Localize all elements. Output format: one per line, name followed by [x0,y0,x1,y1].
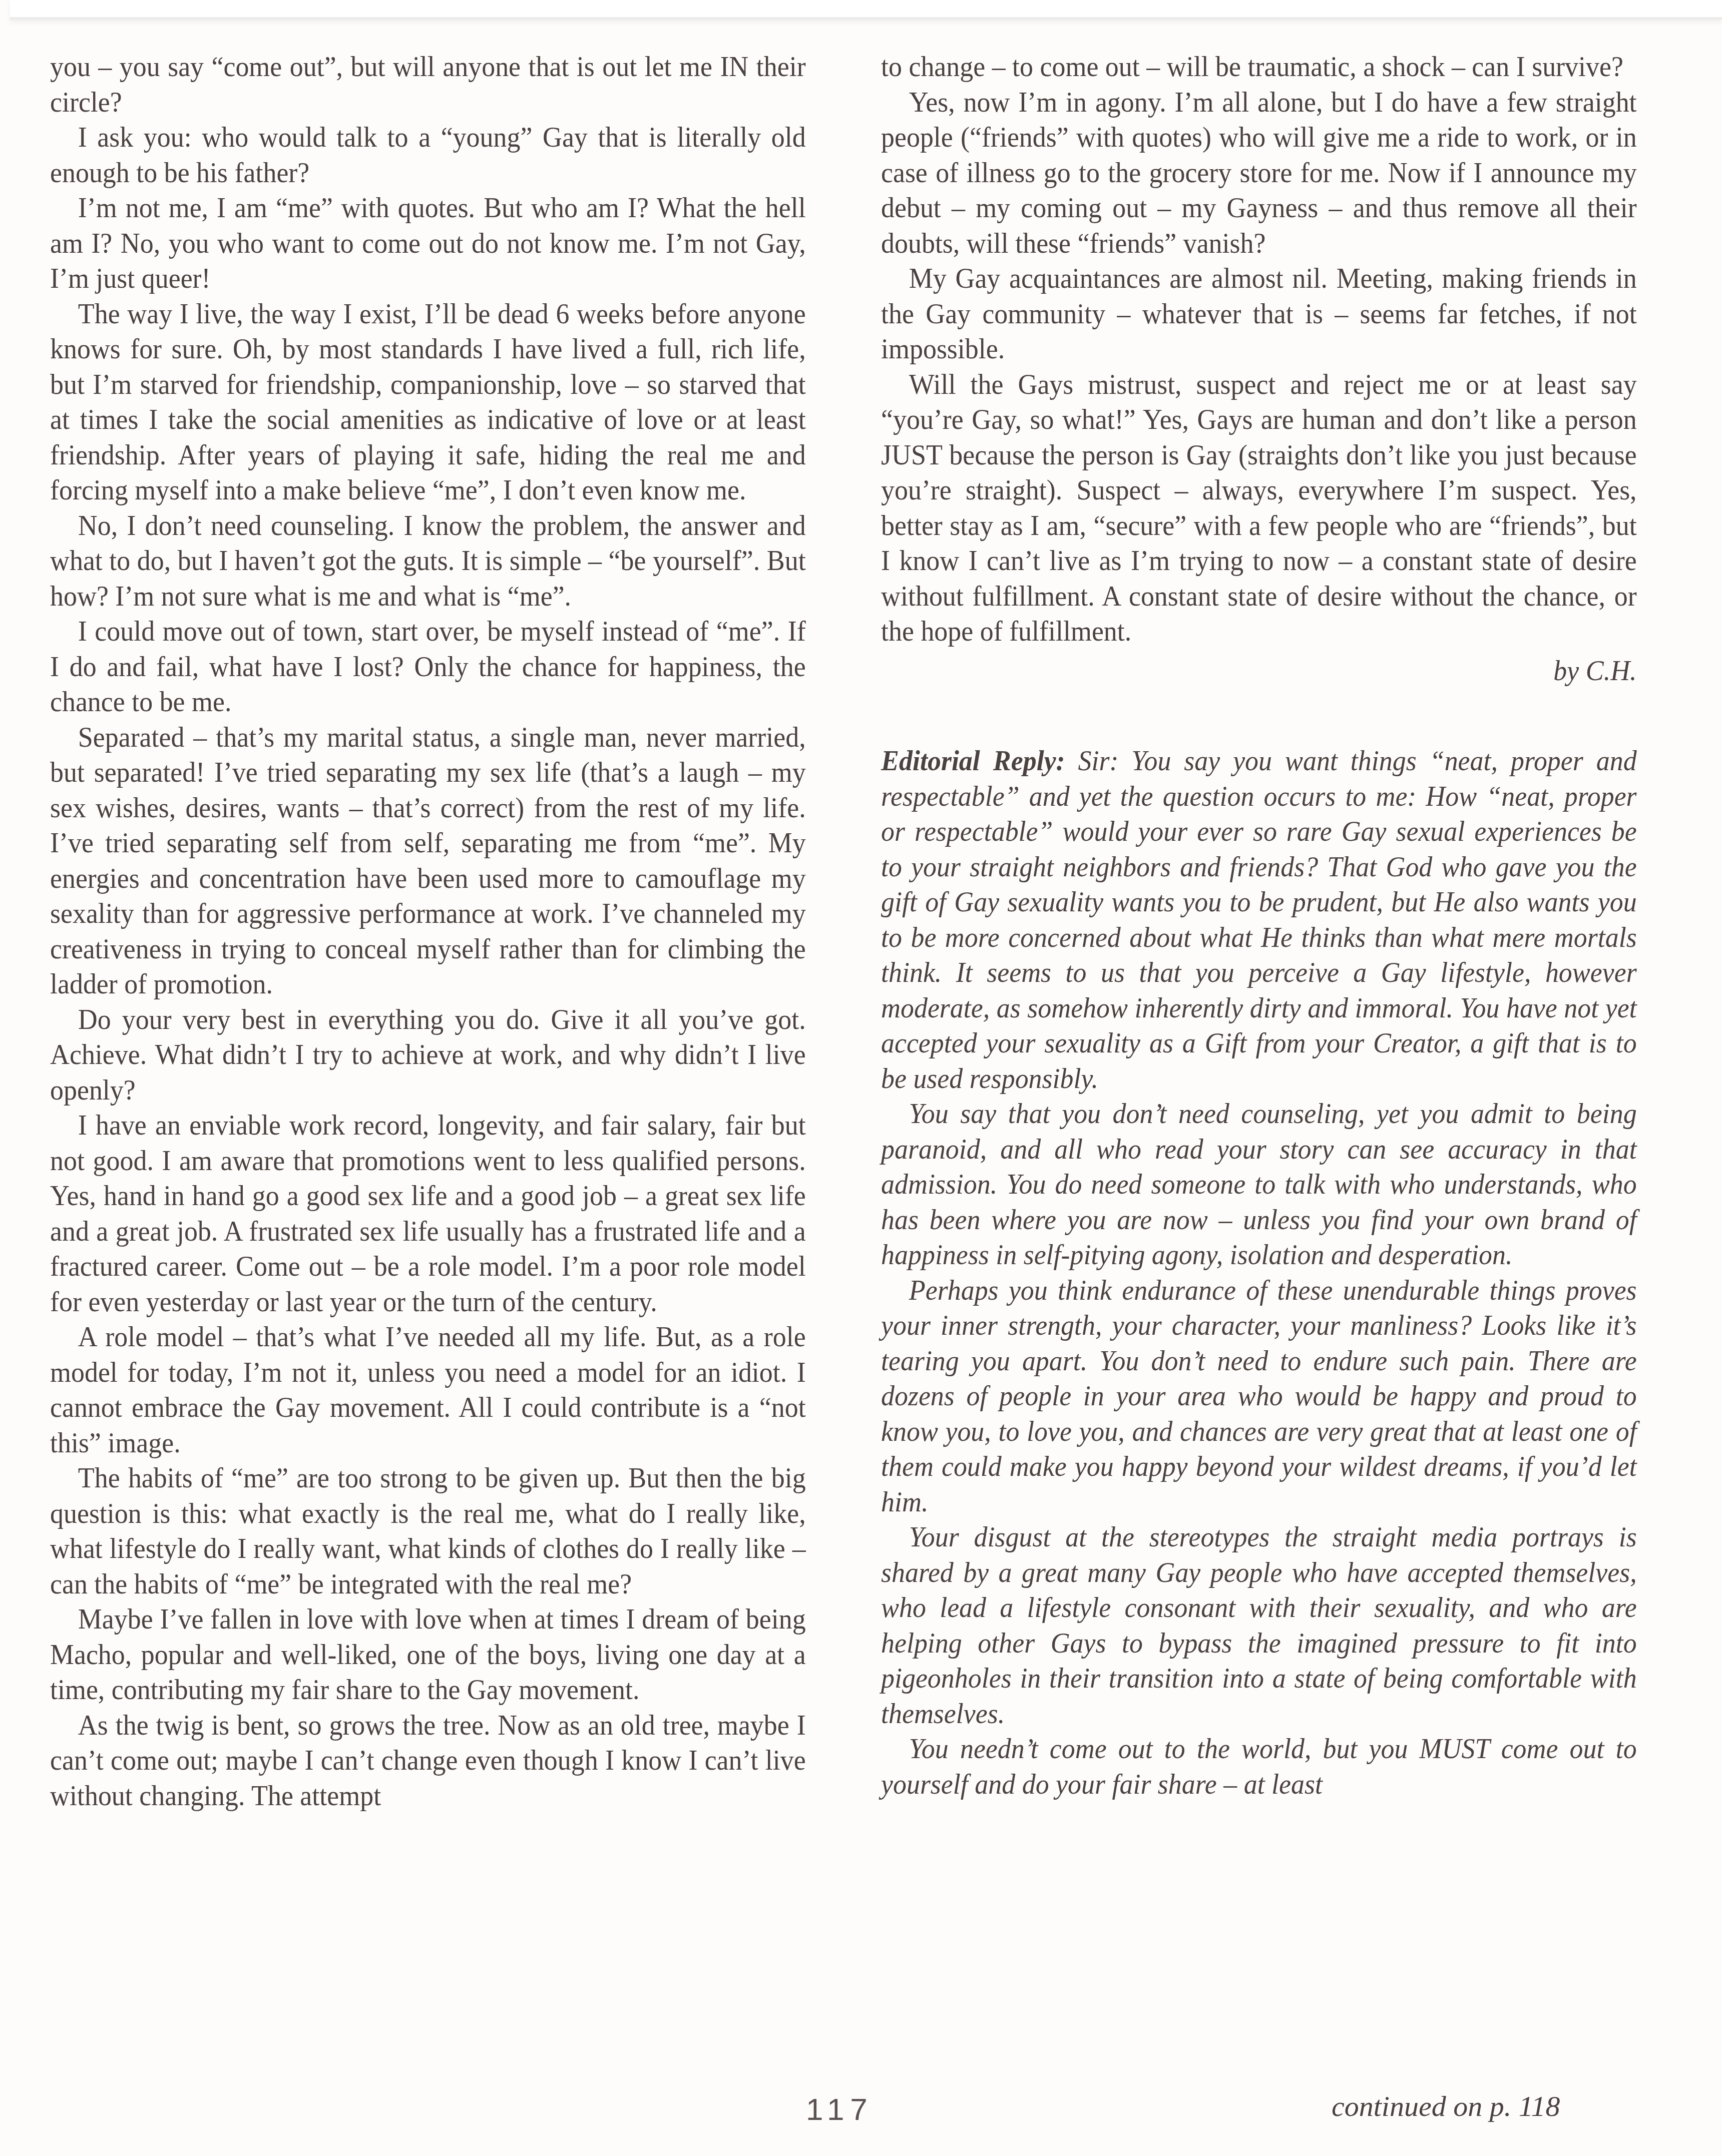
letter-paragraph: I have an enviable work record, longevit… [50,1108,806,1319]
letter-paragraph: The way I live, the way I exist, I’ll be… [50,296,806,508]
letter-paragraph: Will the Gays mistrust, suspect and reje… [881,367,1637,649]
continued-note: continued on p. 118 [1332,2089,1560,2123]
left-column: you – you say “come out”, but will anyon… [50,49,806,1813]
letter-paragraph: Yes, now I’m in agony. I’m all alone, bu… [881,85,1637,261]
letter-byline: by C.H. [881,653,1637,689]
letter-paragraph: to change – to come out – will be trauma… [881,49,1637,85]
right-column: to change – to come out – will be trauma… [881,49,1637,1802]
letter-paragraph: I ask you: who would talk to a “young” G… [50,120,806,190]
editorial-reply-text: Sir: You say you want things “neat, prop… [881,744,1637,1095]
letter-paragraph: you – you say “come out”, but will anyon… [50,49,806,120]
letter-paragraph: I’m not me, I am “me” with quotes. But w… [50,190,806,296]
letter-paragraph: Do your very best in everything you do. … [50,1002,806,1108]
page-top-edge [10,0,1722,20]
page-number: 117 [806,2092,874,2127]
letter-paragraph: The habits of “me” are too strong to be … [50,1460,806,1601]
letter-paragraph: Maybe I’ve fallen in love with love when… [50,1601,806,1708]
letter-paragraph: A role model – that’s what I’ve needed a… [50,1319,806,1460]
editorial-reply-paragraph: Editorial Reply: Sir: You say you want t… [881,743,1637,1096]
letter-paragraph: Separated – that’s my marital status, a … [50,720,806,1002]
letter-paragraph: As the twig is bent, so grows the tree. … [50,1708,806,1814]
editorial-reply-paragraph: You needn’t come out to the world, but y… [881,1731,1637,1802]
editorial-reply-paragraph: Perhaps you think endurance of these une… [881,1273,1637,1520]
editorial-reply-paragraph: You say that you don’t need counseling, … [881,1096,1637,1273]
editorial-reply-label: Editorial Reply: [881,744,1065,777]
editorial-reply-paragraph: Your disgust at the stereotypes the stra… [881,1519,1637,1731]
letter-paragraph: I could move out of town, start over, be… [50,614,806,720]
letter-paragraph: My Gay acquaintances are almost nil. Mee… [881,261,1637,367]
letter-paragraph: No, I don’t need counseling. I know the … [50,508,806,614]
